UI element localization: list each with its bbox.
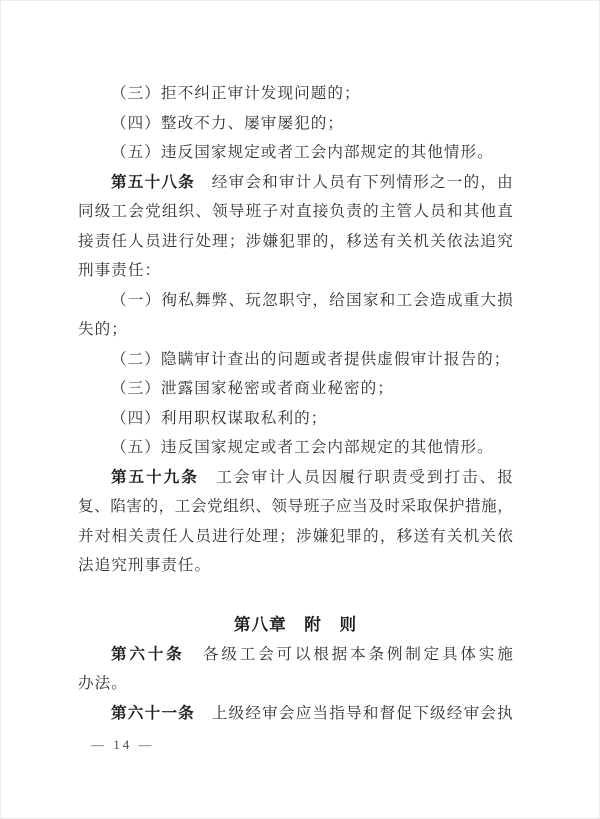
body-text: （三）拒不纠正审计发现问题的； — [111, 85, 361, 102]
document-page-scan: { "page": { "number_label": "— 14 —" }, … — [0, 0, 600, 819]
page-number: — 14 — — [91, 737, 155, 753]
text-line: 第五十九条 工会审计人员因履行职责受到打击、报 — [78, 463, 513, 493]
body-text: 法追究刑事责任。 — [78, 557, 211, 574]
text-line: 并对相关责任人员进行处理；涉嫌犯罪的，移送有关机关依 — [78, 522, 513, 552]
text-line: （一）徇私舞弊、玩忽职守，给国家和工会造成重大损 — [78, 286, 513, 316]
article-number: 第六十一条 — [111, 705, 195, 722]
text-line: 第六十一条 上级经审会应当指导和督促下级经审会执 — [78, 699, 513, 729]
text-line: （二）隐瞒审计查出的问题或者提供虚假审计报告的； — [78, 345, 513, 375]
document-page: （三）拒不纠正审计发现问题的；（四）整改不力、屡审屡犯的；（五）违反国家规定或者… — [1, 1, 599, 818]
body-text: （二）隐瞒审计查出的问题或者提供虚假审计报告的； — [111, 351, 510, 368]
text-line: （五）违反国家规定或者工会内部规定的其他情形。 — [78, 138, 513, 168]
document-content: （三）拒不纠正审计发现问题的；（四）整改不力、屡审屡犯的；（五）违反国家规定或者… — [78, 79, 513, 728]
text-line: 接责任人员进行处理；涉嫌犯罪的，移送有关机关依法追究 — [78, 227, 513, 257]
body-text: （四）整改不力、屡审屡犯的； — [111, 115, 344, 132]
text-line: （五）违反国家规定或者工会内部规定的其他情形。 — [78, 433, 513, 463]
body-text: （一）徇私舞弊、玩忽职守，给国家和工会造成重大损 — [111, 292, 513, 309]
text-line: 办法。 — [78, 669, 513, 699]
body-text: 经审会和审计人员有下列情形之一的，由 — [195, 174, 513, 191]
chapter-heading: 第八章 附 则 — [78, 610, 513, 640]
text-line: 同级工会党组织、领导班子对直接负责的主管人员和其他直 — [78, 197, 513, 227]
text-line: （三）拒不纠正审计发现问题的； — [78, 79, 513, 109]
article-number: 第五十八条 — [111, 174, 195, 191]
body-text: 各级工会可以根据本条例制定具体实施 — [185, 646, 513, 663]
body-text: 失的； — [78, 321, 128, 338]
body-text: 工会审计人员因履行职责受到打击、报 — [199, 469, 513, 486]
body-text: （五）违反国家规定或者工会内部规定的其他情形。 — [111, 439, 494, 456]
text-line: 第五十八条 经审会和审计人员有下列情形之一的，由 — [78, 168, 513, 198]
body-text: （三）泄露国家秘密或者商业秘密的； — [111, 380, 394, 397]
text-line: 失的； — [78, 315, 513, 345]
text-line: （三）泄露国家秘密或者商业秘密的； — [78, 374, 513, 404]
text-line: 法追究刑事责任。 — [78, 551, 513, 581]
text-line: 复、陷害的，工会党组织、领导班子应当及时采取保护措施， — [78, 492, 513, 522]
text-line: 第六十条 各级工会可以根据本条例制定具体实施 — [78, 640, 513, 670]
article-number: 第五十九条 — [111, 469, 199, 486]
text-line: （四）整改不力、屡审屡犯的； — [78, 109, 513, 139]
body-text: （五）违反国家规定或者工会内部规定的其他情形。 — [111, 144, 494, 161]
text-line: 刑事责任： — [78, 256, 513, 286]
body-text: 刑事责任： — [78, 262, 161, 279]
body-text: 复、陷害的，工会党组织、领导班子应当及时采取保护措施， — [78, 498, 513, 515]
blank-line — [78, 581, 513, 611]
article-number: 第六十条 — [111, 646, 185, 663]
text-line: （四）利用职权谋取私利的； — [78, 404, 513, 434]
body-text: 办法。 — [78, 675, 128, 692]
body-text: 同级工会党组织、领导班子对直接负责的主管人员和其他直 — [78, 203, 513, 220]
body-text: 并对相关责任人员进行处理；涉嫌犯罪的，移送有关机关依 — [78, 528, 513, 545]
article-number: 第八章 附 则 — [234, 615, 357, 634]
body-text: 接责任人员进行处理；涉嫌犯罪的，移送有关机关依法追究 — [78, 233, 513, 250]
body-text: 上级经审会应当指导和督促下级经审会执 — [195, 705, 513, 722]
body-text: （四）利用职权谋取私利的； — [111, 410, 327, 427]
